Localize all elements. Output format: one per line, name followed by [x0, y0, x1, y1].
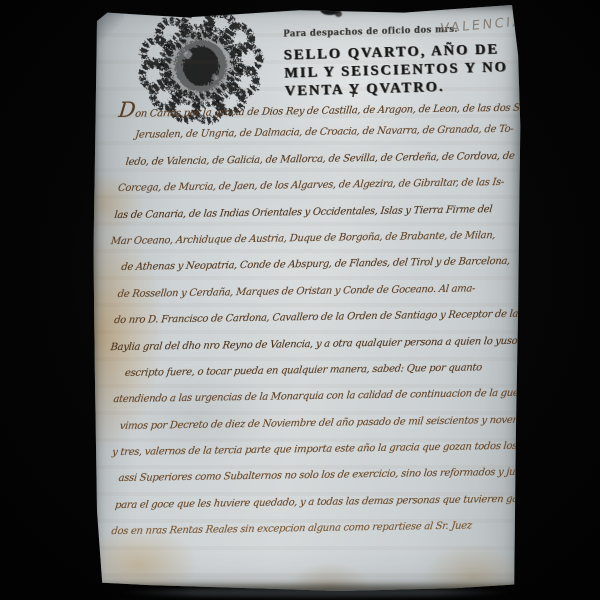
- table-reflection: [118, 588, 514, 597]
- corner-fold-shadow: [94, 12, 124, 46]
- manuscript-body: Don Carlos por la gracia de Dios Rey de …: [99, 91, 520, 546]
- manuscript-page: Para despachos de oficio dos mrs. SELLO …: [90, 2, 526, 594]
- manuscript-line: dos en nras Rentas Reales sin excepcion …: [104, 513, 521, 546]
- ink-smudge: [320, 2, 342, 15]
- photo-stage: Para despachos de oficio dos mrs. SELLO …: [0, 0, 600, 600]
- tax-stamp-text-block: Para despachos de oficio dos mrs. SELLO …: [283, 23, 531, 101]
